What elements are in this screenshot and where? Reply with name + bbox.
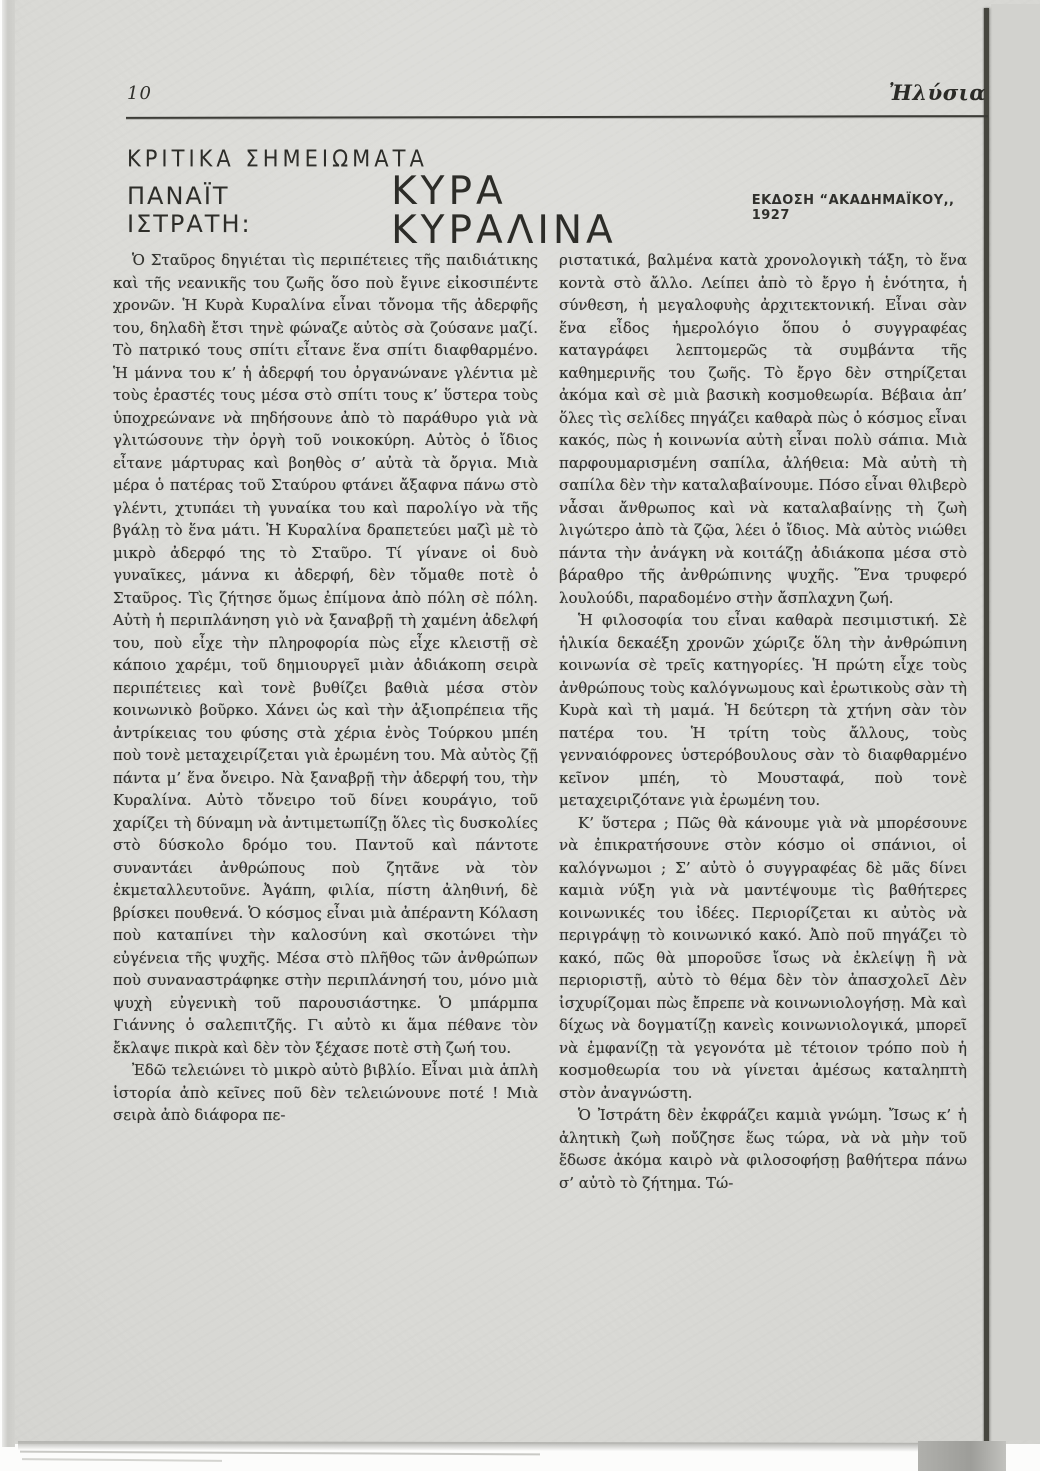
page-bottom-shadow: [18, 1441, 993, 1452]
article-paragraph: Ἐδῶ τελειώνει τὸ μικρὸ αὐτὸ βιβλίο. Εἶνα…: [113, 1059, 538, 1127]
article-author: ΠΑΝΑΪΤ ΙΣΤΡΑΤΗ:: [127, 182, 363, 238]
article-byline: ΠΑΝΑΪΤ ΙΣΤΡΑΤΗ: ΚΥΡΑ ΚΥΡΑΛΙΝΑ ΕΚΔΟΣΗ “ΑΚ…: [127, 172, 997, 250]
journal-name: Ἠλύσια: [886, 80, 986, 105]
article-paragraph: Ὁ Ἰστράτη δὲν ἐκφράζει καμιὰ γνώμη. Ἴσως…: [559, 1104, 967, 1194]
article-paragraph: ριστατικά, βαλμένα κατὰ χρονολογικὴ τάξη…: [559, 249, 967, 609]
article-paragraph: Ὁ Σταῦρος δηγιέται τὶς περιπέτειες τῆς π…: [113, 249, 538, 1059]
page-right-margin: [991, 4, 1040, 1440]
scan-left-edge: [2, 0, 15, 1447]
stacked-page-edge: [20, 1451, 540, 1456]
left-column: Ὁ Σταῦρος δηγιέται τὶς περιπέτειες τῆς π…: [113, 249, 538, 1127]
article-paragraph: Κ’ ὕστερα ; Πῶς θὰ κάνουμε γιὰ νὰ μπορέσ…: [559, 812, 967, 1105]
right-column: ριστατικά, βαλμένα κατὰ χρονολογικὴ τάξη…: [559, 249, 967, 1194]
next-page-corner: [918, 1441, 1006, 1471]
page-number: 10: [127, 83, 152, 104]
stacked-page-edge: [22, 1458, 222, 1462]
article-edition: ΕΚΔΟΣΗ “ΑΚΑΔΗΜΑΪΚΟΥ,, 1927: [752, 193, 997, 223]
article-title: ΚΥΡΑ ΚΥΡΑΛΙΝΑ: [391, 172, 748, 250]
article-paragraph: Ἡ φιλοσοφία του εἶναι καθαρὰ πεσιμιστική…: [559, 609, 967, 812]
section-title: ΚΡΙΤΙΚΑ ΣΗΜΕΙΩΜΑΤΑ: [127, 146, 428, 172]
